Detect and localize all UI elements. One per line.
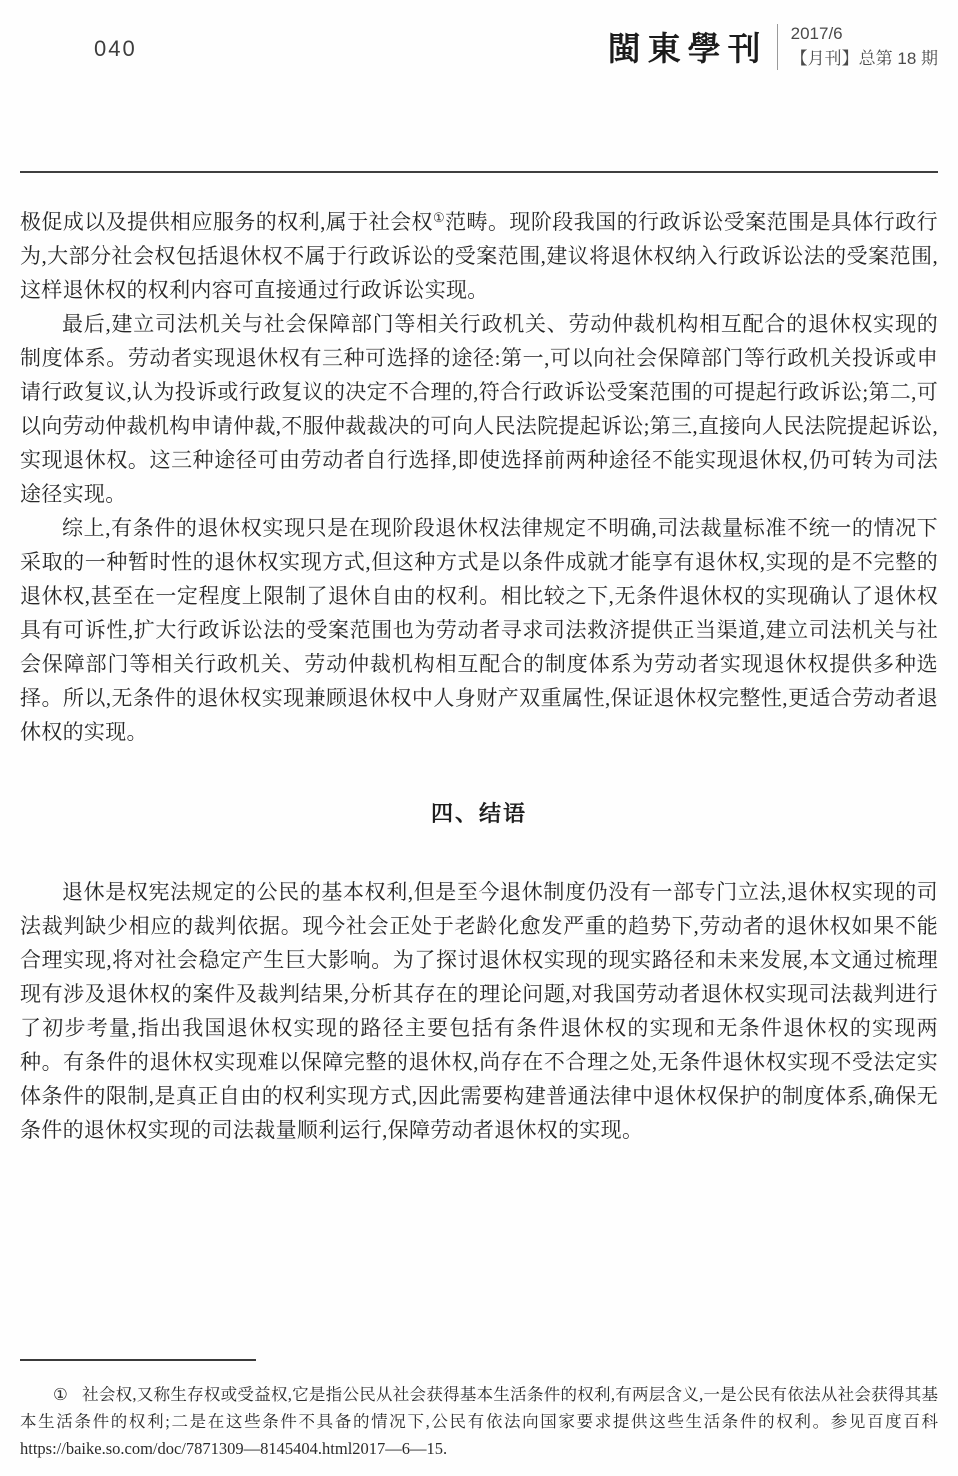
paragraph-1: 极促成以及提供相应服务的权利,属于社会权①范畴。现阶段我国的行政诉讼受案范围是具… bbox=[20, 205, 938, 307]
header-rule bbox=[20, 171, 938, 173]
footnote-marker: ① bbox=[53, 1385, 68, 1404]
journal-page: 040 閩東學刊 2017/6 【月刊】总第 18 期 极促成以及提供相应服务的… bbox=[0, 0, 958, 1476]
paragraph-2: 最后,建立司法机关与社会保障部门等相关行政机关、劳动仲裁机构相互配合的退休权实现… bbox=[20, 307, 938, 511]
paragraph-4: 退休是权宪法规定的公民的基本权利,但是至今退休制度仍没有一部专门立法,退休权实现… bbox=[20, 875, 938, 1147]
journal-masthead: 閩東學刊 2017/6 【月刊】总第 18 期 bbox=[608, 22, 938, 71]
footnote-rule bbox=[20, 1359, 256, 1361]
footnote-text: 社会权,又称生存权或受益权,它是指公民从社会获得基本生活条件的权利,有两层含义,… bbox=[20, 1385, 938, 1458]
section-heading: 四、结语 bbox=[20, 797, 938, 831]
footnote-ref-1: ① bbox=[433, 210, 445, 225]
article-body: 极促成以及提供相应服务的权利,属于社会权①范畴。现阶段我国的行政诉讼受案范围是具… bbox=[20, 205, 938, 1147]
footnote-area: ①社会权,又称生存权或受益权,它是指公民从社会获得基本生活条件的权利,有两层含义… bbox=[20, 1359, 938, 1462]
issue-number: 【月刊】总第 18 期 bbox=[791, 47, 938, 72]
issue-date: 2017/6 bbox=[791, 22, 938, 47]
paragraph-3: 综上,有条件的退休权实现只是在现阶段退休权法律规定不明确,司法裁量标准不统一的情… bbox=[20, 511, 938, 749]
journal-logo: 閩東學刊 bbox=[608, 23, 768, 70]
footnote-1: ①社会权,又称生存权或受益权,它是指公民从社会获得基本生活条件的权利,有两层含义… bbox=[20, 1381, 938, 1462]
issue-info: 2017/6 【月刊】总第 18 期 bbox=[791, 22, 938, 71]
masthead-divider bbox=[777, 24, 778, 70]
page-number: 040 bbox=[94, 36, 137, 62]
paragraph-1-text: 极促成以及提供相应服务的权利,属于社会权 bbox=[20, 210, 433, 234]
